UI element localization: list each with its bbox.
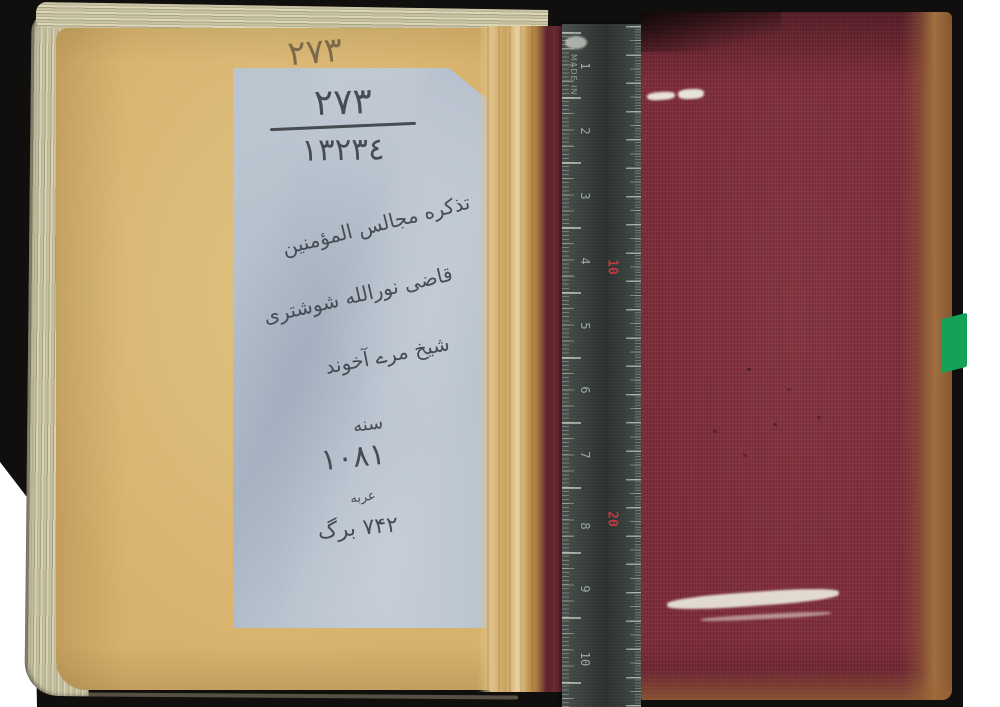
steel-ruler: 1 2 3 4 5 6 7 8 9 10 10 20 MADE IN bbox=[562, 24, 641, 707]
label-accession-number: ١٣٢٣٤ bbox=[263, 131, 424, 170]
label-title-line: تذكره مجالس المؤمنين bbox=[238, 190, 473, 270]
cover-abrasion-streak bbox=[667, 586, 840, 612]
ruler-white-smudge bbox=[565, 36, 587, 49]
label-year-number: ١٠٨١ bbox=[287, 433, 420, 481]
photo-canvas: ٢٧٣ ٢٧٣ ١٣٢٣٤ تذكره مجالس المؤمنين قاضى … bbox=[0, 0, 1000, 707]
catalogue-label: ٢٧٣ ١٣٢٣٤ تذكره مجالس المؤمنين قاضى نورا… bbox=[233, 68, 487, 628]
cover-scratch-mark bbox=[647, 91, 675, 101]
ruler-brand-text: MADE IN bbox=[569, 54, 578, 95]
maroon-cover-board bbox=[641, 12, 952, 700]
ruler-inch-number: 4 bbox=[578, 257, 592, 264]
ruler-cm-ticks bbox=[624, 26, 641, 707]
label-folio-count: ٧۴٢ برگ bbox=[282, 510, 434, 548]
green-marker-patch bbox=[941, 313, 967, 373]
ruler-inch-number: 6 bbox=[578, 386, 592, 393]
cover-abrasion-streak bbox=[701, 611, 831, 623]
gutter-fold bbox=[478, 26, 564, 692]
label-author-line: قاضى نورالله شوشترى bbox=[235, 262, 455, 335]
cover-dark-specks bbox=[747, 368, 751, 371]
ruler-inch-number: 5 bbox=[578, 322, 592, 329]
ruler-inch-number: 8 bbox=[578, 522, 592, 529]
ruler-inch-number: 10 bbox=[578, 652, 592, 666]
ruler-inch-number: 1 bbox=[578, 62, 592, 69]
ruler-red-cm-10: 10 bbox=[605, 259, 620, 275]
ruler-inch-number: 9 bbox=[578, 585, 592, 592]
label-shelf-number: ٢٧٣ bbox=[262, 79, 423, 126]
spine-head-shadow bbox=[641, 12, 781, 52]
ruler-inch-number: 3 bbox=[578, 192, 592, 199]
label-language-note: عربه bbox=[332, 486, 394, 509]
ruler-inch-number: 7 bbox=[578, 451, 592, 458]
label-scribe-line: شيخ مرے آخوند bbox=[251, 331, 452, 393]
cover-scratch-mark bbox=[678, 88, 704, 99]
ruler-inch-number: 2 bbox=[578, 127, 592, 134]
ruler-red-cm-20: 20 bbox=[605, 511, 620, 527]
label-number-fraction: ٢٧٣ ١٣٢٣٤ bbox=[263, 82, 423, 168]
cover-worn-edge-bottom bbox=[641, 670, 952, 700]
